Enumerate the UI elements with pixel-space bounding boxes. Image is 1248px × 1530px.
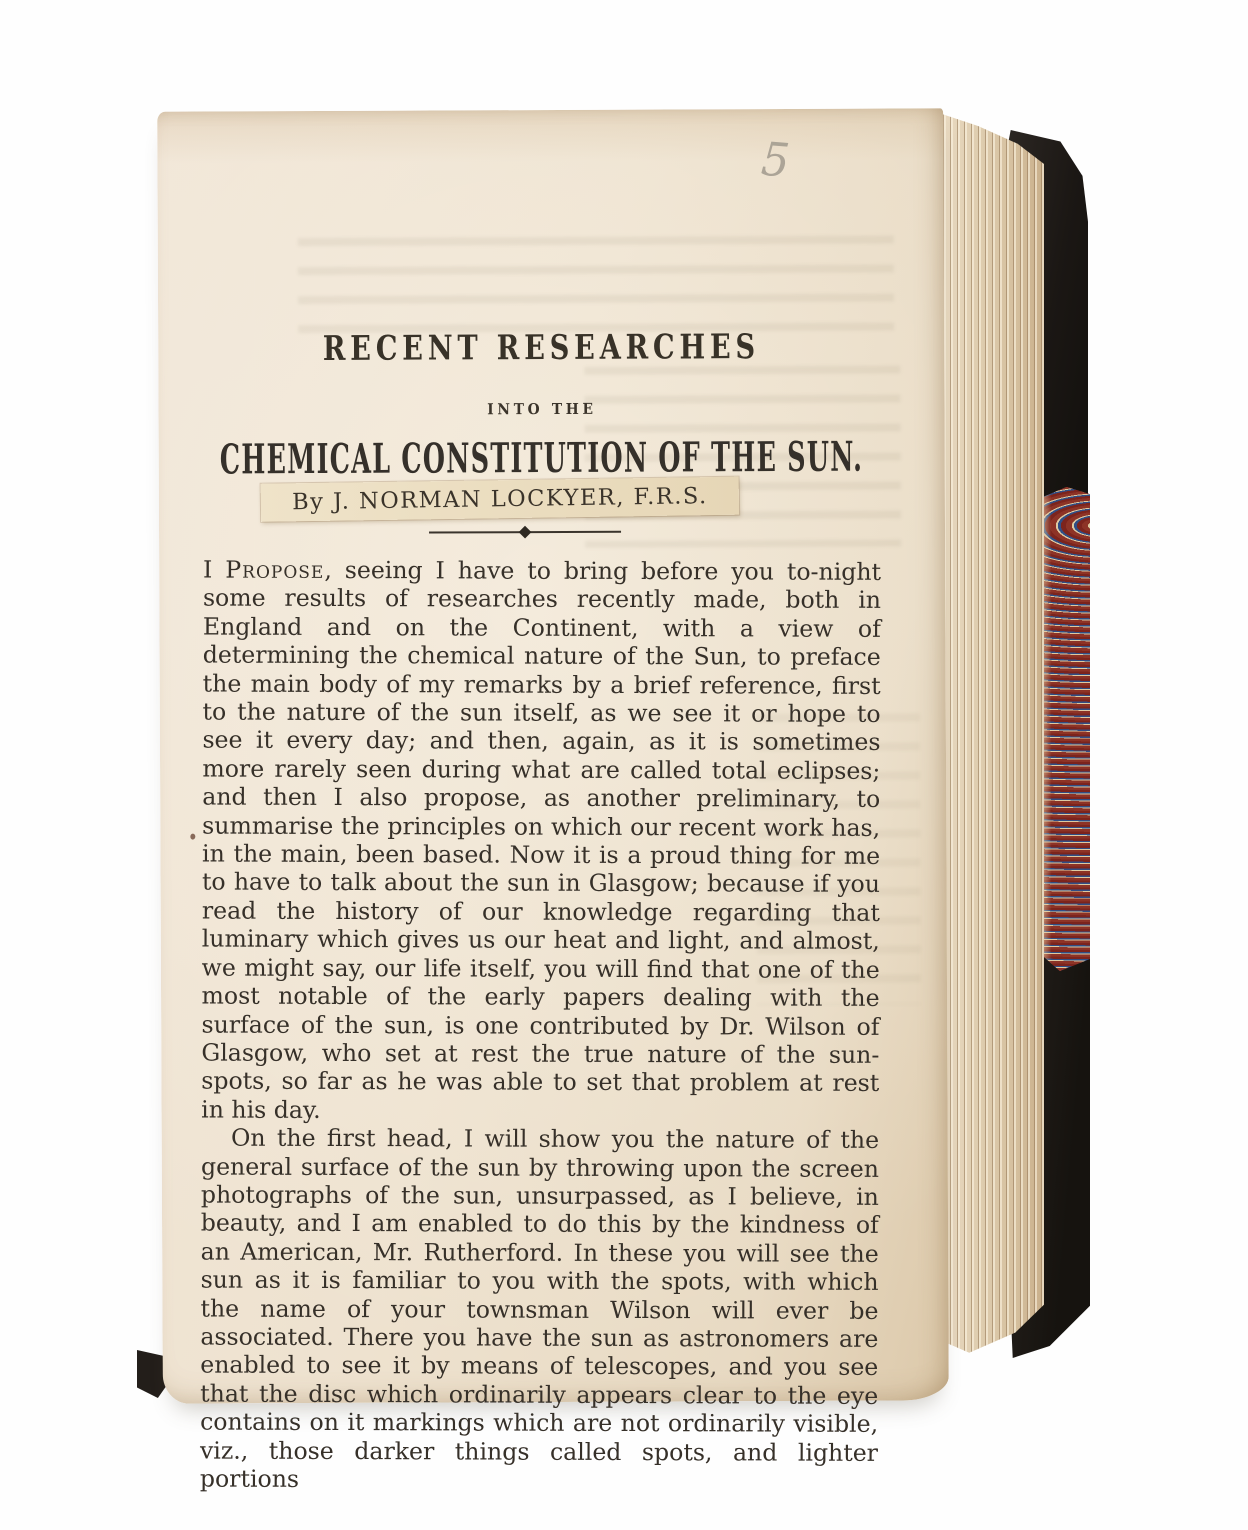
ornament-rule (429, 526, 621, 539)
paragraph-1: I Propose, seeing I have to bring before… (201, 556, 881, 1126)
diamond-ornament-icon (519, 526, 532, 539)
foxing-spot (190, 834, 195, 840)
title-row-3: CHEMICAL CONSTITUTION OF THE SUN. (203, 417, 881, 484)
byline-text: By J. NORMAN LOCKYER, F.R.S. (292, 483, 708, 515)
title-row-2: INTO THE (202, 367, 880, 420)
paragraph-1-text: , seeing I have to bring before you to-n… (201, 556, 881, 1124)
printed-page-content: RECENT RESEARCHES INTO THE CHEMICAL CONS… (201, 109, 885, 1493)
handwritten-page-number: 5 (759, 133, 791, 189)
book-page: 5 RECENT RESEARCHES INTO THE CHEMICAL CO… (157, 108, 949, 1403)
body-text: I Propose, seeing I have to bring before… (200, 556, 881, 1496)
book-photograph: 5 RECENT RESEARCHES INTO THE CHEMICAL CO… (0, 0, 1248, 1530)
title-connector: INTO THE (487, 400, 597, 418)
page-title-line-2: CHEMICAL CONSTITUTION OF THE SUN. (220, 433, 864, 484)
paragraph-2: On the first head, I will show you the n… (200, 1124, 879, 1496)
marbled-endpaper (1038, 487, 1090, 971)
page-fore-edge-stack (934, 107, 1044, 1373)
paragraph-1-lead-smallcaps: Propose (225, 556, 324, 584)
page-title-line-1: RECENT RESEARCHES (323, 327, 760, 369)
byline-pasted-slip: By J. NORMAN LOCKYER, F.R.S. (261, 477, 740, 522)
paragraph-1-lead-capital: I (203, 556, 225, 584)
